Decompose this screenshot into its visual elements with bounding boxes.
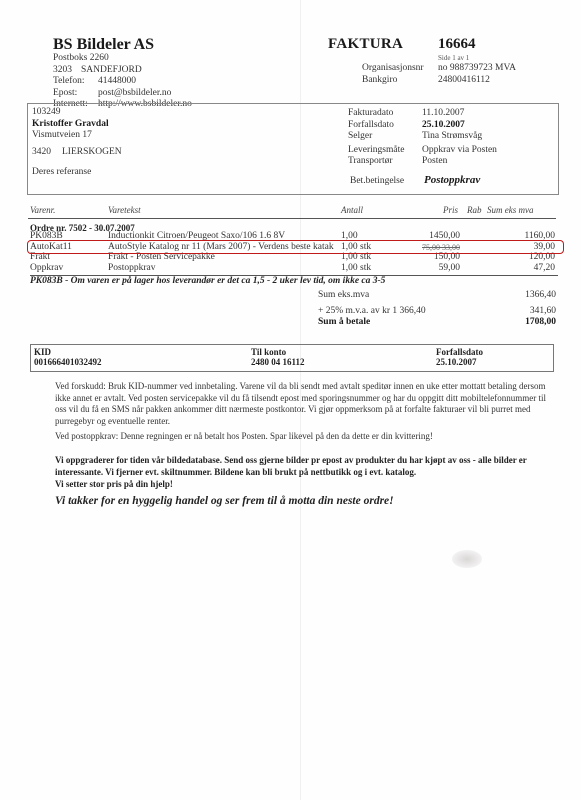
page-indicator: Side 1 av 1 [438, 54, 469, 62]
customer-city: LIERSKOGEN [62, 147, 122, 159]
vat-value: 341,60 [530, 306, 556, 318]
totals: Sum eks.mva1366,40 + 25% m.v.a. av kr 1 … [318, 290, 556, 328]
detail-row: LeveringsmåteOppkrav via Posten [348, 145, 497, 157]
detail-row: SelgerTina Strømsvåg [348, 131, 497, 143]
payment-terms-label: Bet.betingelse [350, 176, 424, 188]
col-varetekst: Varetekst [108, 205, 141, 215]
customer-street: Vismutveien 17 [32, 130, 122, 142]
payment-terms-value: Postoppkrav [424, 174, 480, 186]
photos-thanks: Vi setter stor pris på din hjelp! [55, 479, 565, 491]
company-postbox: Postboks 2260 [53, 53, 192, 65]
org-info: Organisasjonsnrno 988739723 MVA Bankgiro… [362, 63, 516, 86]
cell-varenr: PK083B [30, 231, 63, 242]
table-row: OppkravPostoppkrav1,00 stk59,0047,20 [30, 263, 558, 274]
cell-pris: 150,00 [400, 252, 460, 263]
cell-pris: 1450,00 [400, 231, 460, 242]
cell-antall: 1,00 stk [341, 263, 371, 274]
bankgiro-number: 24800416112 [438, 75, 490, 87]
detail-value: Posten [422, 156, 447, 168]
customer-name: Kristoffer Gravdal [32, 119, 122, 131]
company-name: BS Bildeler AS [53, 36, 154, 54]
customer-reference: Deres referanse [32, 167, 122, 179]
cell-sum: 39,00 [495, 242, 555, 253]
total-value: 1708,00 [525, 317, 556, 329]
cell-sum: 47,20 [495, 263, 555, 274]
payment-box: KID001666401032492 Til konto2480 04 1611… [30, 344, 554, 372]
cell-varetekst: Frakt - Posten Servicepakke [108, 252, 215, 263]
sum-ex-label: Sum eks.mva [318, 290, 369, 300]
kid-number: 001666401032492 [34, 357, 102, 367]
photos-paragraph: Vi oppgraderer for tiden vår bildedataba… [55, 455, 565, 478]
invoice-number: 16664 [438, 36, 476, 53]
table-header: Varenr. Varetekst Antall Pris Rab Sum ek… [28, 205, 556, 219]
detail-label: Fakturadato [348, 108, 422, 120]
detail-row: Fakturadato11.10.2007 [348, 108, 497, 120]
payment-terms: Bet.betingelsePostoppkrav [350, 175, 480, 188]
org-label: Organisasjonsnr [362, 63, 438, 75]
cell-varetekst: Postoppkrav [108, 263, 156, 274]
detail-row: TransportørPosten [348, 156, 497, 168]
detail-value: Oppkrav via Posten [422, 145, 497, 157]
col-varenr: Varenr. [30, 205, 55, 215]
cod-paragraph: Ved postoppkrav: Denne regningen er nå b… [55, 431, 555, 443]
cell-varetekst: Inductionkit Citroen/Peugeot Saxo/106 1.… [108, 231, 285, 242]
customer-details-box: 103249 Kristoffer Gravdal Vismutveien 17… [27, 103, 559, 195]
table-row: PK083BInductionkit Citroen/Peugeot Saxo/… [30, 231, 558, 242]
kid-label: KID [34, 347, 102, 357]
cell-varenr: AutoKat11 [30, 242, 72, 253]
org-number: no 988739723 MVA [438, 63, 516, 75]
company-postcode: 3203 [53, 65, 81, 77]
detail-row: Forfallsdato25.10.2007 [348, 120, 497, 132]
detail-label: Leveringsmåte [348, 145, 422, 157]
cell-antall: 1,00 [341, 231, 358, 242]
phone-label: Telefon: [53, 76, 98, 88]
company-city: SANDEFJORD [81, 65, 142, 77]
cell-antall: 1,00 stk [341, 242, 371, 253]
company-email[interactable]: post@bsbildeler.no [98, 88, 171, 100]
sum-ex-value: 1366,40 [525, 290, 556, 302]
cell-sum: 120,00 [495, 252, 555, 263]
account-number: 2480 04 16112 [251, 357, 305, 367]
invoice-details: Fakturadato11.10.2007Forfallsdato25.10.2… [348, 108, 497, 168]
due-label: Forfallsdato [436, 347, 483, 357]
company-phone: 41448000 [98, 76, 136, 88]
due-date: 25.10.2007 [436, 357, 483, 367]
cell-sum: 1160,00 [495, 231, 555, 242]
total-label: Sum å betale [318, 317, 370, 327]
cell-varenr: Frakt [30, 252, 50, 263]
invoice-title: FAKTURA [328, 36, 403, 53]
prepay-paragraph: Ved forskudd: Bruk KID-nummer ved innbet… [55, 381, 555, 427]
cell-pris: 75,00 33,00 [400, 242, 460, 253]
detail-value: 25.10.2007 [422, 120, 465, 132]
account-label: Til konto [251, 347, 305, 357]
email-label: Epost: [53, 88, 98, 100]
cell-varetekst: AutoStyle Katalog nr 11 (Mars 2007) - Ve… [108, 242, 334, 253]
col-rab: Rab [467, 205, 482, 215]
closing-thanks: Vi takker for en hyggelig handel og ser … [55, 495, 394, 507]
col-antall: Antall [341, 205, 363, 215]
delivery-note: PK083B - Om varen er på lager hos levera… [30, 276, 385, 286]
paper-stain [452, 550, 482, 568]
cell-antall: 1,00 stk [341, 252, 371, 263]
detail-label: Transportør [348, 156, 422, 168]
col-sum: Sum eks mva [487, 205, 534, 215]
customer-postcode: 3420 [32, 147, 62, 159]
cell-varenr: Oppkrav [30, 263, 63, 274]
customer-id: 103249 [32, 107, 122, 119]
col-pris: Pris [443, 205, 458, 215]
table-row: FraktFrakt - Posten Servicepakke1,00 stk… [30, 252, 558, 263]
detail-value: 11.10.2007 [422, 108, 464, 120]
detail-label: Forfallsdato [348, 120, 422, 132]
cell-pris: 59,00 [400, 263, 460, 274]
customer-block: 103249 Kristoffer Gravdal Vismutveien 17… [32, 107, 122, 179]
table-row: AutoKat11AutoStyle Katalog nr 11 (Mars 2… [30, 242, 558, 253]
company-address: Postboks 2260 3203SANDEFJORD Telefon:414… [53, 53, 192, 111]
detail-label: Selger [348, 131, 422, 143]
vat-label: + 25% m.v.a. av kr 1 366,40 [318, 306, 426, 316]
bankgiro-label: Bankgiro [362, 75, 438, 87]
detail-value: Tina Strømsvåg [422, 131, 482, 143]
